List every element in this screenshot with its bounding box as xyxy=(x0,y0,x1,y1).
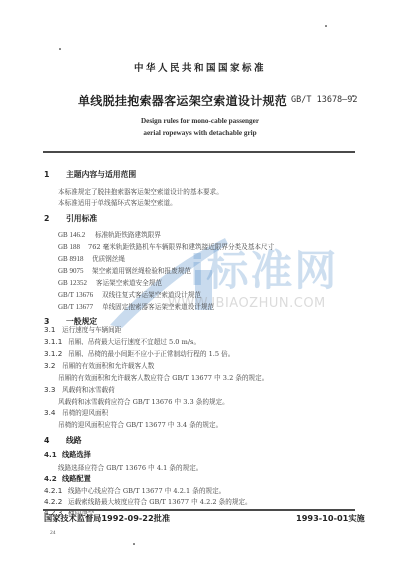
document-title-zh: 单线脱挂抱索器客运架空索道设计规范 xyxy=(78,92,287,109)
clause-number: 3.1 xyxy=(44,325,62,334)
clause-text: 线路中心线应符合 GB/T 13677 中 4.2.1 条的规定。 xyxy=(68,487,225,495)
section-2-heading: 2引用标准 xyxy=(44,213,97,224)
clause-text: 吊椅的迎风面积应符合 GB/T 13677 中 3.4 条的规定。 xyxy=(58,419,222,429)
clause-text: 吊厢、吊椅的最小间距不应小于正常制动行程的 1.5 倍。 xyxy=(68,350,234,358)
reference-title: 客运架空索道安全规范 xyxy=(96,279,162,287)
clause-text: 风载荷和冰雪载荷应符合 GB/T 13676 中 3.3 条的规定。 xyxy=(58,396,229,406)
footer-divider xyxy=(43,509,355,511)
section-number: 2 xyxy=(44,214,66,223)
clause-number: 4.1 xyxy=(44,450,62,459)
reference-title: 优质钢丝绳 xyxy=(92,255,125,263)
section-4-heading: 4线路 xyxy=(44,435,82,446)
approval-date: 国家技术监督局1992-09-22批准 xyxy=(44,513,170,524)
clause-4-2-3-line xyxy=(44,497,68,505)
clause-title: 线路配置 xyxy=(62,474,91,483)
reference-code: GB/T 13676 xyxy=(58,291,102,299)
clause-3-1: 3.1运行速度与车辆间距 xyxy=(44,324,121,334)
scan-speck xyxy=(59,48,61,50)
clause-3-4: 3.4吊椅的迎风面积 xyxy=(44,407,108,417)
clause-3-1-1: 3.1.1吊厢、吊荷最大运行速度不宜超过 5.0 m/s。 xyxy=(44,336,200,346)
clause-text: 吊厢的有效面积和允许载客人数应符合 GB/T 13677 中 3.2 条的规定。 xyxy=(58,372,268,382)
scan-speck xyxy=(325,25,327,27)
section-1-heading: 1主题内容与适用范围 xyxy=(44,169,136,180)
reference-code: GB 12352 xyxy=(58,279,96,287)
clause-4-2: 4.2线路配置 xyxy=(44,474,91,484)
reference-item: GB 8918优质钢丝绳 xyxy=(58,253,125,263)
section-title: 线路 xyxy=(66,436,82,445)
reference-code: GB/T 13677 xyxy=(58,303,102,311)
clause-text: 运载索线路最大坡度应符合 GB/T 13677 中 4.2.2 条的规定。 xyxy=(68,498,252,506)
reference-item: GB 188762 毫米轨距铁路机车车辆限界和建筑接近限界分类及基本尺寸 xyxy=(58,241,274,251)
reference-code: GB 188 xyxy=(58,243,88,251)
header-divider xyxy=(43,151,355,153)
reference-item: GB 12352客运架空索道安全规范 xyxy=(58,277,162,287)
reference-item: GB 146.2标准轨距铁路建筑限界 xyxy=(58,229,161,239)
reference-item: GB/T 13676双线往复式客运架空索道设计规范 xyxy=(58,289,201,299)
reference-title: 762 毫米轨距铁路机车车辆限界和建筑接近限界分类及基本尺寸 xyxy=(88,243,274,251)
clause-3-3: 3.3风载荷和冰雪载荷 xyxy=(44,384,115,394)
document-title-en-line1: Design rules for mono-cable passenger xyxy=(0,117,400,125)
section-number: 4 xyxy=(44,436,66,445)
clause-number: 4.2 xyxy=(44,474,62,483)
clause-number: 3.1.2 xyxy=(44,349,68,358)
clause-title: 吊厢的有效面积和允许载客人数 xyxy=(62,362,154,370)
clause-title: 吊椅的迎风面积 xyxy=(62,409,108,417)
section-number: 1 xyxy=(44,170,66,179)
clause-number: 3.1.1 xyxy=(44,337,68,346)
page-number: 24 xyxy=(50,530,56,536)
section-title: 主题内容与适用范围 xyxy=(66,170,136,179)
reference-code: GB 9075 xyxy=(58,267,92,275)
clause-title: 风载荷和冰雪载荷 xyxy=(62,386,115,394)
clause-title: 运行速度与车辆间距 xyxy=(62,326,121,334)
reference-title: 标准轨距铁路建筑限界 xyxy=(95,231,161,239)
reference-title: 单线固定抱索器客运架空索道设计规范 xyxy=(102,303,214,311)
document-title-en-line2: aerial ropeways with detachable grip xyxy=(0,129,400,137)
section-title: 引用标准 xyxy=(66,214,97,223)
clause-number: 3.2 xyxy=(44,361,62,370)
scan-speck xyxy=(133,543,135,545)
clause-number: 3.3 xyxy=(44,385,62,394)
reference-item: GB/T 13677单线固定抱索器客运架空索道设计规范 xyxy=(58,301,214,311)
clause-number: 3.4 xyxy=(44,408,62,417)
reference-title: 架空索道用钢丝绳检验和报废规范 xyxy=(92,267,191,275)
clause-3-2: 3.2吊厢的有效面积和允许载客人数 xyxy=(44,360,154,370)
clause-4-2-2: 4.2.2运载索线路最大坡度应符合 GB/T 13677 中 4.2.2 条的规… xyxy=(44,496,252,506)
reference-code: GB 146.2 xyxy=(58,231,95,239)
standard-number: GB/T 13678—92 xyxy=(291,95,358,105)
reference-item: GB 9075架空索道用钢丝绳检验和报废规范 xyxy=(58,265,191,275)
reference-code: GB 8918 xyxy=(58,255,92,263)
clause-4-2-1: 4.2.1线路中心线应符合 GB/T 13677 中 4.2.1 条的规定。 xyxy=(44,485,225,495)
clause-3-1-2: 3.1.2吊厢、吊椅的最小间距不应小于正常制动行程的 1.5 倍。 xyxy=(44,348,234,358)
clause-text: 吊厢、吊荷最大运行速度不宜超过 5.0 m/s。 xyxy=(68,338,200,346)
clause-number: 4.2.1 xyxy=(44,486,68,495)
effective-date: 1993-10-01实施 xyxy=(296,513,365,524)
paragraph: 本标准规定了脱挂抱索器客运架空索道设计的基本要求。 xyxy=(58,186,223,196)
clause-text: 线路选择应符合 GB/T 13676 中 4.1 条的规定。 xyxy=(58,462,202,472)
paragraph: 本标准适用于单线循环式客运架空索道。 xyxy=(58,197,177,207)
reference-title: 双线往复式客运架空索道设计规范 xyxy=(102,291,201,299)
national-standard-heading: 中华人民共和国国家标准 xyxy=(0,60,400,74)
clause-4-1: 4.1线路选择 xyxy=(44,450,91,460)
clause-title: 线路选择 xyxy=(62,450,91,459)
